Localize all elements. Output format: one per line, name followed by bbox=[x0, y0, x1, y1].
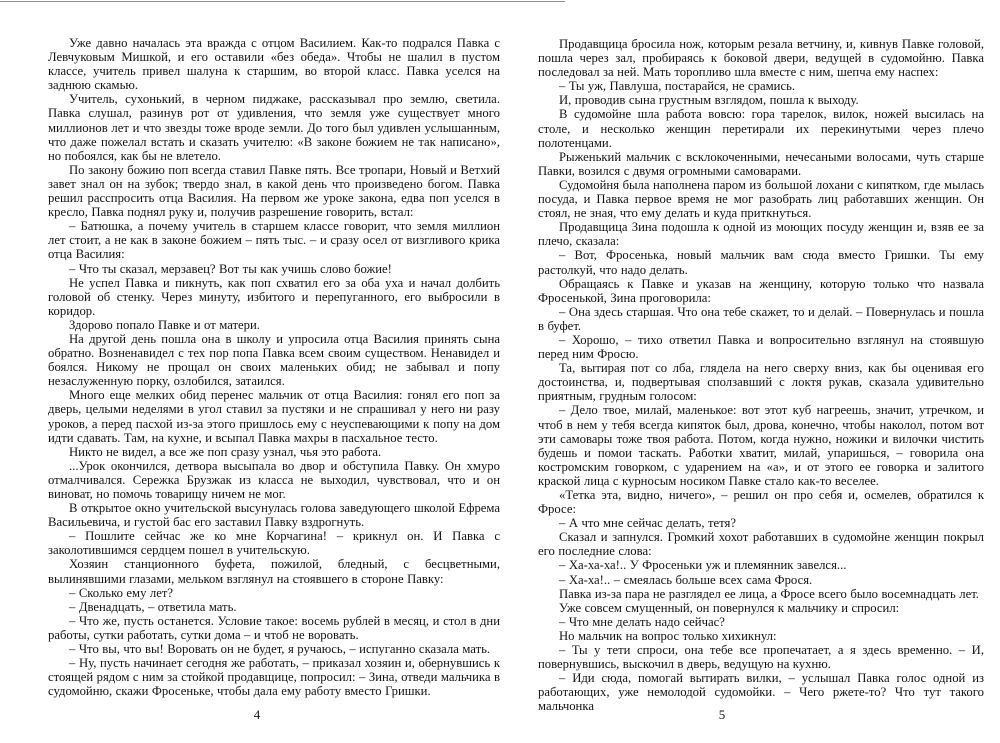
paragraph: – Хорошо, – тихо ответил Павка и вопроси… bbox=[538, 333, 984, 361]
paragraph: – Пошлите сейчас же ко мне Корчагина! – … bbox=[48, 529, 500, 557]
paragraph: Никто не видел, а все же поп сразу узнал… bbox=[48, 445, 500, 459]
paragraph: Обращаясь к Павке и указав на женщину, к… bbox=[538, 277, 984, 305]
paragraph: – Что вы, что вы! Воровать он не будет, … bbox=[48, 642, 500, 656]
paragraph: – Ты уж, Павлуша, постарайся, не срамись… bbox=[538, 79, 984, 93]
paragraph: Уже давно началась эта вражда с отцом Ва… bbox=[48, 36, 500, 92]
paragraph: – Что мне делать надо сейчас? bbox=[538, 615, 984, 629]
paragraph: Продавщица бросила нож, которым резала в… bbox=[538, 37, 984, 79]
paragraph: «Тетка эта, видно, ничего», – решил он п… bbox=[538, 488, 984, 516]
paragraph: Но мальчик на вопрос только хихикнул: bbox=[538, 629, 984, 643]
paragraph: Учитель, сухонький, в черном пиджаке, ра… bbox=[48, 92, 500, 162]
paragraph: Судомойня была наполнена паром из большо… bbox=[538, 178, 984, 220]
paragraph: – Сколько ему лет? bbox=[48, 586, 500, 600]
page-number-left: 4 bbox=[246, 707, 268, 722]
paragraph: – Вот, Фросенька, новый мальчик вам сюда… bbox=[538, 248, 984, 276]
paragraph: Павка из-за пара не разглядел ее лица, а… bbox=[538, 587, 984, 601]
paragraph: И, проводив сына грустным взглядом, пошл… bbox=[538, 93, 984, 107]
paragraph: – Батюшка, а почему учитель в старшем кл… bbox=[48, 219, 500, 261]
page-number-right: 5 bbox=[711, 707, 733, 722]
scan-edge-artifact bbox=[0, 1, 565, 2]
paragraph: – Ха-ха!.. – смеялась больше всех сама Ф… bbox=[538, 573, 984, 587]
paragraph: Рыженький мальчик с всклокоченными, нече… bbox=[538, 150, 984, 178]
paragraph: На другой день пошла она в школу и упрос… bbox=[48, 332, 500, 388]
paragraph: – Ну, пусть начинает сегодня же работать… bbox=[48, 656, 500, 698]
paragraph: Много еще мелких обид перенес мальчик от… bbox=[48, 388, 500, 444]
paragraph: В открытое окно учительской высунулась г… bbox=[48, 501, 500, 529]
paragraph: Здорово попало Павке и от матери. bbox=[48, 318, 500, 332]
paragraph: ...Урок окончился, детвора высыпала во д… bbox=[48, 459, 500, 501]
paragraph: – Иди сюда, помогай вытирать вилки, – ус… bbox=[538, 671, 984, 713]
book-spread: Уже давно началась эта вражда с отцом Ва… bbox=[0, 0, 1000, 743]
paragraph: – Ха-ха-ха!.. У Фросеньки уж и племянник… bbox=[538, 558, 984, 572]
page-right-text: Продавщица бросила нож, которым резала в… bbox=[538, 37, 984, 714]
paragraph: Та, вытирая пот со лба, глядела на него … bbox=[538, 361, 984, 403]
paragraph: Уже совсем смущенный, он повернулся к ма… bbox=[538, 601, 984, 615]
paragraph: – Ты у тети спроси, она тебе все пропеча… bbox=[538, 643, 984, 671]
paragraph: – Что же, пусть останется. Условие такое… bbox=[48, 614, 500, 642]
paragraph: – Двенадцать, – ответила мать. bbox=[48, 600, 500, 614]
page-left-text: Уже давно началась эта вражда с отцом Ва… bbox=[48, 36, 500, 698]
paragraph: – Дело твое, милай, маленькое: вот этот … bbox=[538, 403, 984, 488]
paragraph: В судомойне шла работа вовсю: гора тарел… bbox=[538, 107, 984, 149]
paragraph: – А что мне сейчас делать, тетя? bbox=[538, 516, 984, 530]
paragraph: – Она здесь старшая. Что она тебе скажет… bbox=[538, 305, 984, 333]
paragraph: По закону божию поп всегда ставил Павке … bbox=[48, 163, 500, 219]
paragraph: Не успел Павка и пикнуть, как поп схвати… bbox=[48, 276, 500, 318]
paragraph: Сказал и запнулся. Громкий хохот работав… bbox=[538, 530, 984, 558]
paragraph: – Что ты сказал, мерзавец? Вот ты как уч… bbox=[48, 262, 500, 276]
paragraph: Продавщица Зина подошла к одной из моющи… bbox=[538, 220, 984, 248]
paragraph: Хозяин станционного буфета, пожилой, бле… bbox=[48, 557, 500, 585]
